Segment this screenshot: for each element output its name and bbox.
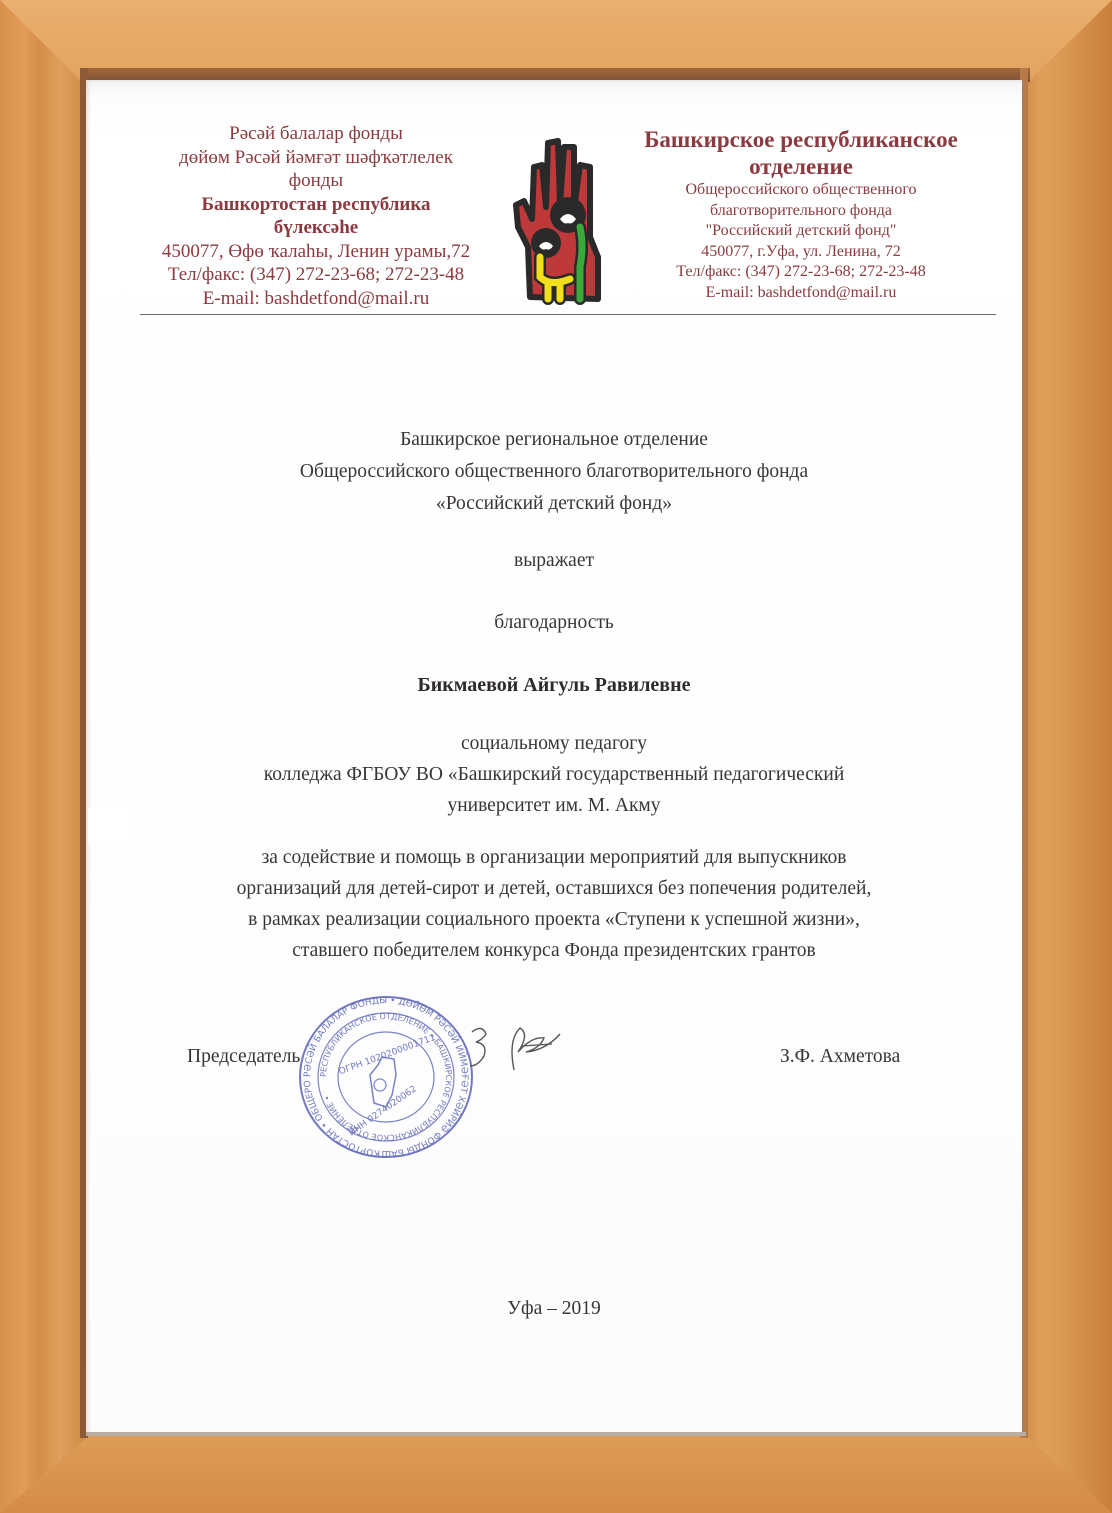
signatory-title: Председатель	[187, 1046, 300, 1068]
header-right-email: E-mail: bashdetfond@mail.ru	[615, 283, 987, 304]
org-line: Общероссийского общественного благотвори…	[86, 456, 1022, 488]
header-right-address: 450077, г.Уфа, ул. Ленина, 72	[615, 242, 987, 263]
round-seal-stamp-icon: РӘСӘЙ БАЛАЛАР ФОНДЫ • ДӨЙӨМ РӘСӘЙ ИЙМӘҒӘ…	[296, 995, 476, 1160]
reason-line: в рамках реализации социального проекта …	[86, 904, 1022, 935]
org-line: Башкирское региональное отделение	[86, 424, 1022, 456]
hand-with-children-logo-icon	[510, 127, 610, 312]
handwritten-signature	[462, 1020, 572, 1075]
position-line: колледжа ФГБОУ ВО «Башкирский государств…	[86, 759, 1022, 790]
header-left-email: E-mail: bashdetfond@mail.ru	[136, 287, 496, 311]
header-right-block: Башкирское республиканское отделение Общ…	[615, 126, 987, 304]
header-left-phone: Тел/факс: (347) 272-23-68; 272-23-48	[136, 263, 496, 287]
reason-line: ставшего победителем конкурса Фонда през…	[86, 935, 1022, 966]
reason-line: организаций для детей-сирот и детей, ост…	[86, 873, 1022, 904]
frame-right-side	[1022, 0, 1112, 1513]
frame-bottom-side	[0, 1435, 1112, 1513]
header-left-line: фонды	[136, 169, 496, 193]
recipient-name: Бикмаевой Айгуль Равилевне	[86, 674, 1022, 697]
reason-text: за содействие и помощь в организации мер…	[86, 842, 1022, 966]
frame-left-side	[0, 0, 90, 1513]
header-left-bold-line: Башкортостан республика	[136, 193, 496, 217]
light-glare	[88, 808, 126, 844]
svg-text:ОГРН 1020200001711: ОГРН 1020200001711	[338, 1033, 437, 1077]
position-line: социальному педагогу	[86, 728, 1022, 759]
header-left-block: Рәсәй балалар фонды дөйөм Рәсәй йәмғәт ш…	[136, 122, 496, 310]
header-divider	[140, 314, 996, 315]
position-line: университет им. М. Акму	[86, 790, 1022, 821]
signatory-name: З.Ф. Ахметова	[780, 1046, 900, 1068]
header-right-phone: Тел/факс: (347) 272-23-68; 272-23-48	[615, 262, 987, 283]
header-right-line: благотворительного фонда	[615, 201, 987, 222]
header-left-address: 450077, Өфө ҡалаһы, Ленин урамы,72	[136, 240, 496, 264]
header-right-line: "Российский детский фонд"	[615, 221, 987, 242]
issuing-organization: Башкирское региональное отделение Общеро…	[86, 424, 1022, 520]
paper-edge	[86, 1432, 1026, 1436]
header-left-bold-line: бүлексәһе	[136, 216, 496, 240]
thanks-heading: благодарность	[86, 612, 1022, 634]
verb-text: выражает	[86, 550, 1022, 572]
reason-line: за содействие и помощь в организации мер…	[86, 842, 1022, 873]
recipient-position: социальному педагогу колледжа ФГБОУ ВО «…	[86, 728, 1022, 821]
org-line: «Российский детский фонд»	[86, 488, 1022, 520]
header-left-line: Рәсәй балалар фонды	[136, 122, 496, 146]
header-left-line: дөйөм Рәсәй йәмғәт шәфҡәтлелек	[136, 146, 496, 170]
header-right-title-line: отделение	[615, 153, 987, 180]
header-right-line: Общероссийского общественного	[615, 180, 987, 201]
header-right-title-line: Башкирское республиканское	[615, 126, 987, 153]
city-year: Уфа – 2019	[86, 1298, 1022, 1320]
